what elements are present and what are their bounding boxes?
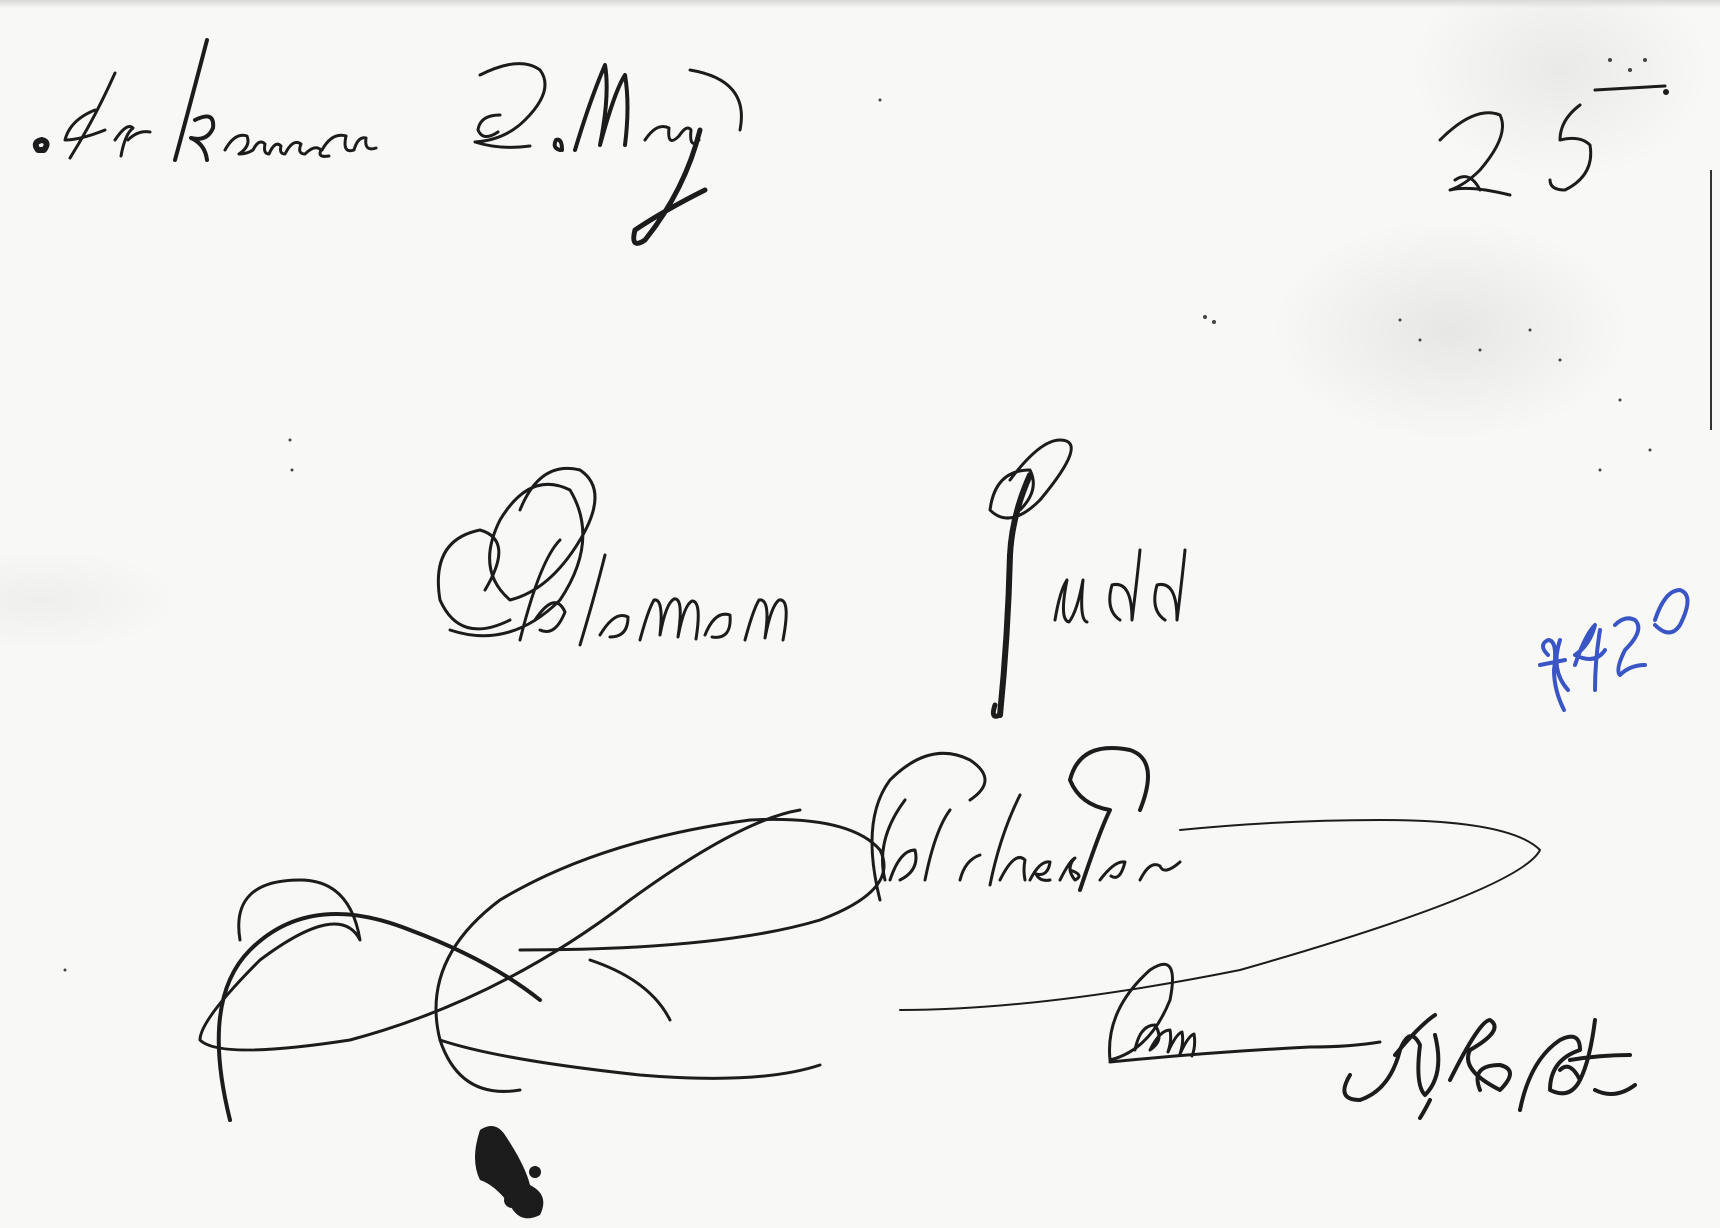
addressee-city-handwriting bbox=[200, 748, 1540, 1120]
handwriting-layer bbox=[0, 0, 1720, 1228]
addressee-name-handwriting bbox=[438, 440, 1185, 716]
postage-rate-handwriting bbox=[1440, 86, 1669, 195]
blue-annotation-handwriting bbox=[1540, 590, 1688, 710]
addressee-state-handwriting bbox=[1110, 964, 1636, 1118]
ink-blot bbox=[475, 1126, 543, 1218]
postmark-handwriting bbox=[36, 40, 742, 243]
